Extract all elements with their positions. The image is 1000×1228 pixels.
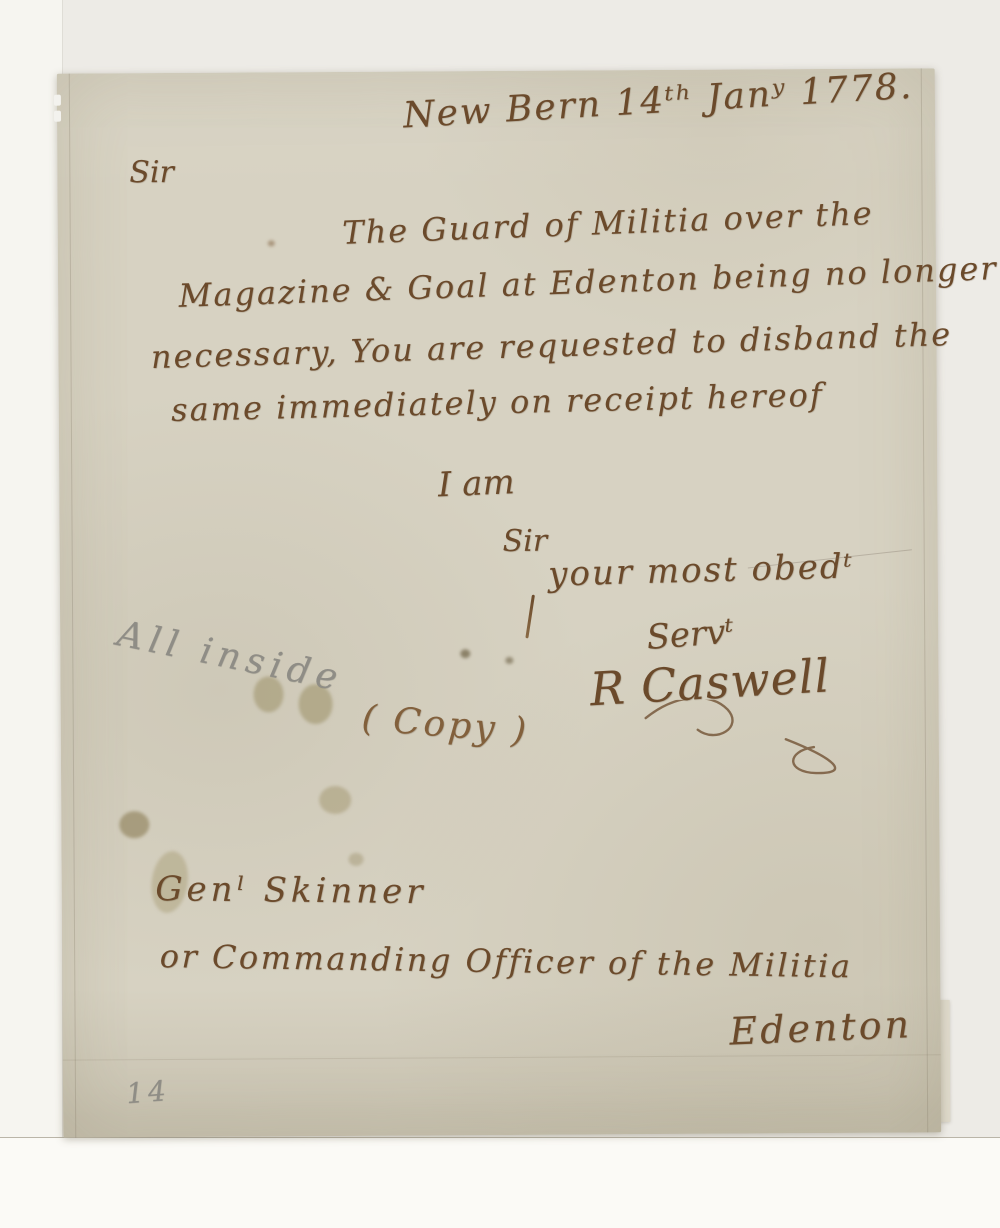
ink-speck — [505, 657, 513, 664]
ink-stroke-mark — [525, 595, 535, 639]
paper-tear-mark — [54, 111, 61, 122]
mat-left-strip — [0, 0, 63, 1137]
pencil-note-all-inside: All inside — [114, 613, 347, 700]
paper-tear-mark — [54, 95, 61, 106]
closing-your-most-obedt: your most obedᵗ — [548, 546, 855, 594]
address-edenton: Edenton — [728, 1002, 912, 1053]
crease-line-left — [69, 74, 76, 1138]
address-commanding-officer: or Commanding Officer of the Militia — [159, 937, 852, 985]
stain-blob — [319, 786, 351, 814]
letter-paper: New Bern 14ᵗʰ Janʸ 1778. Sir The Guard o… — [57, 68, 941, 1137]
body-line-3: necessary, You are requested to disband … — [150, 315, 952, 376]
body-line-1: The Guard of Militia over the — [342, 194, 875, 252]
stain-dot — [349, 853, 364, 866]
signature-flourish-stroke — [636, 699, 866, 780]
ink-speck — [460, 649, 470, 658]
mat-bottom-panel — [0, 1137, 1000, 1228]
crease-line-right — [921, 68, 928, 1132]
ink-speck — [268, 240, 275, 246]
stain-blob — [119, 811, 149, 838]
page-number-pencil: 14 — [125, 1074, 171, 1110]
salutation: Sir — [129, 155, 174, 190]
dateline: New Bern 14ᵗʰ Janʸ 1778. — [402, 66, 914, 137]
address-genl-skinner: Genˡ Skinner — [155, 869, 427, 912]
copy-note: ( Copy ) — [360, 698, 530, 752]
closing-i-am: I am — [437, 462, 515, 505]
closing-sir: Sir — [503, 524, 548, 559]
closing-servt: Servᵗ — [645, 611, 735, 658]
crease-line-horizontal — [63, 1054, 941, 1060]
body-line-2: Magazine & Goal at Edenton being no long… — [178, 249, 998, 315]
body-line-4: same immediately on receipt hereof — [171, 376, 824, 429]
